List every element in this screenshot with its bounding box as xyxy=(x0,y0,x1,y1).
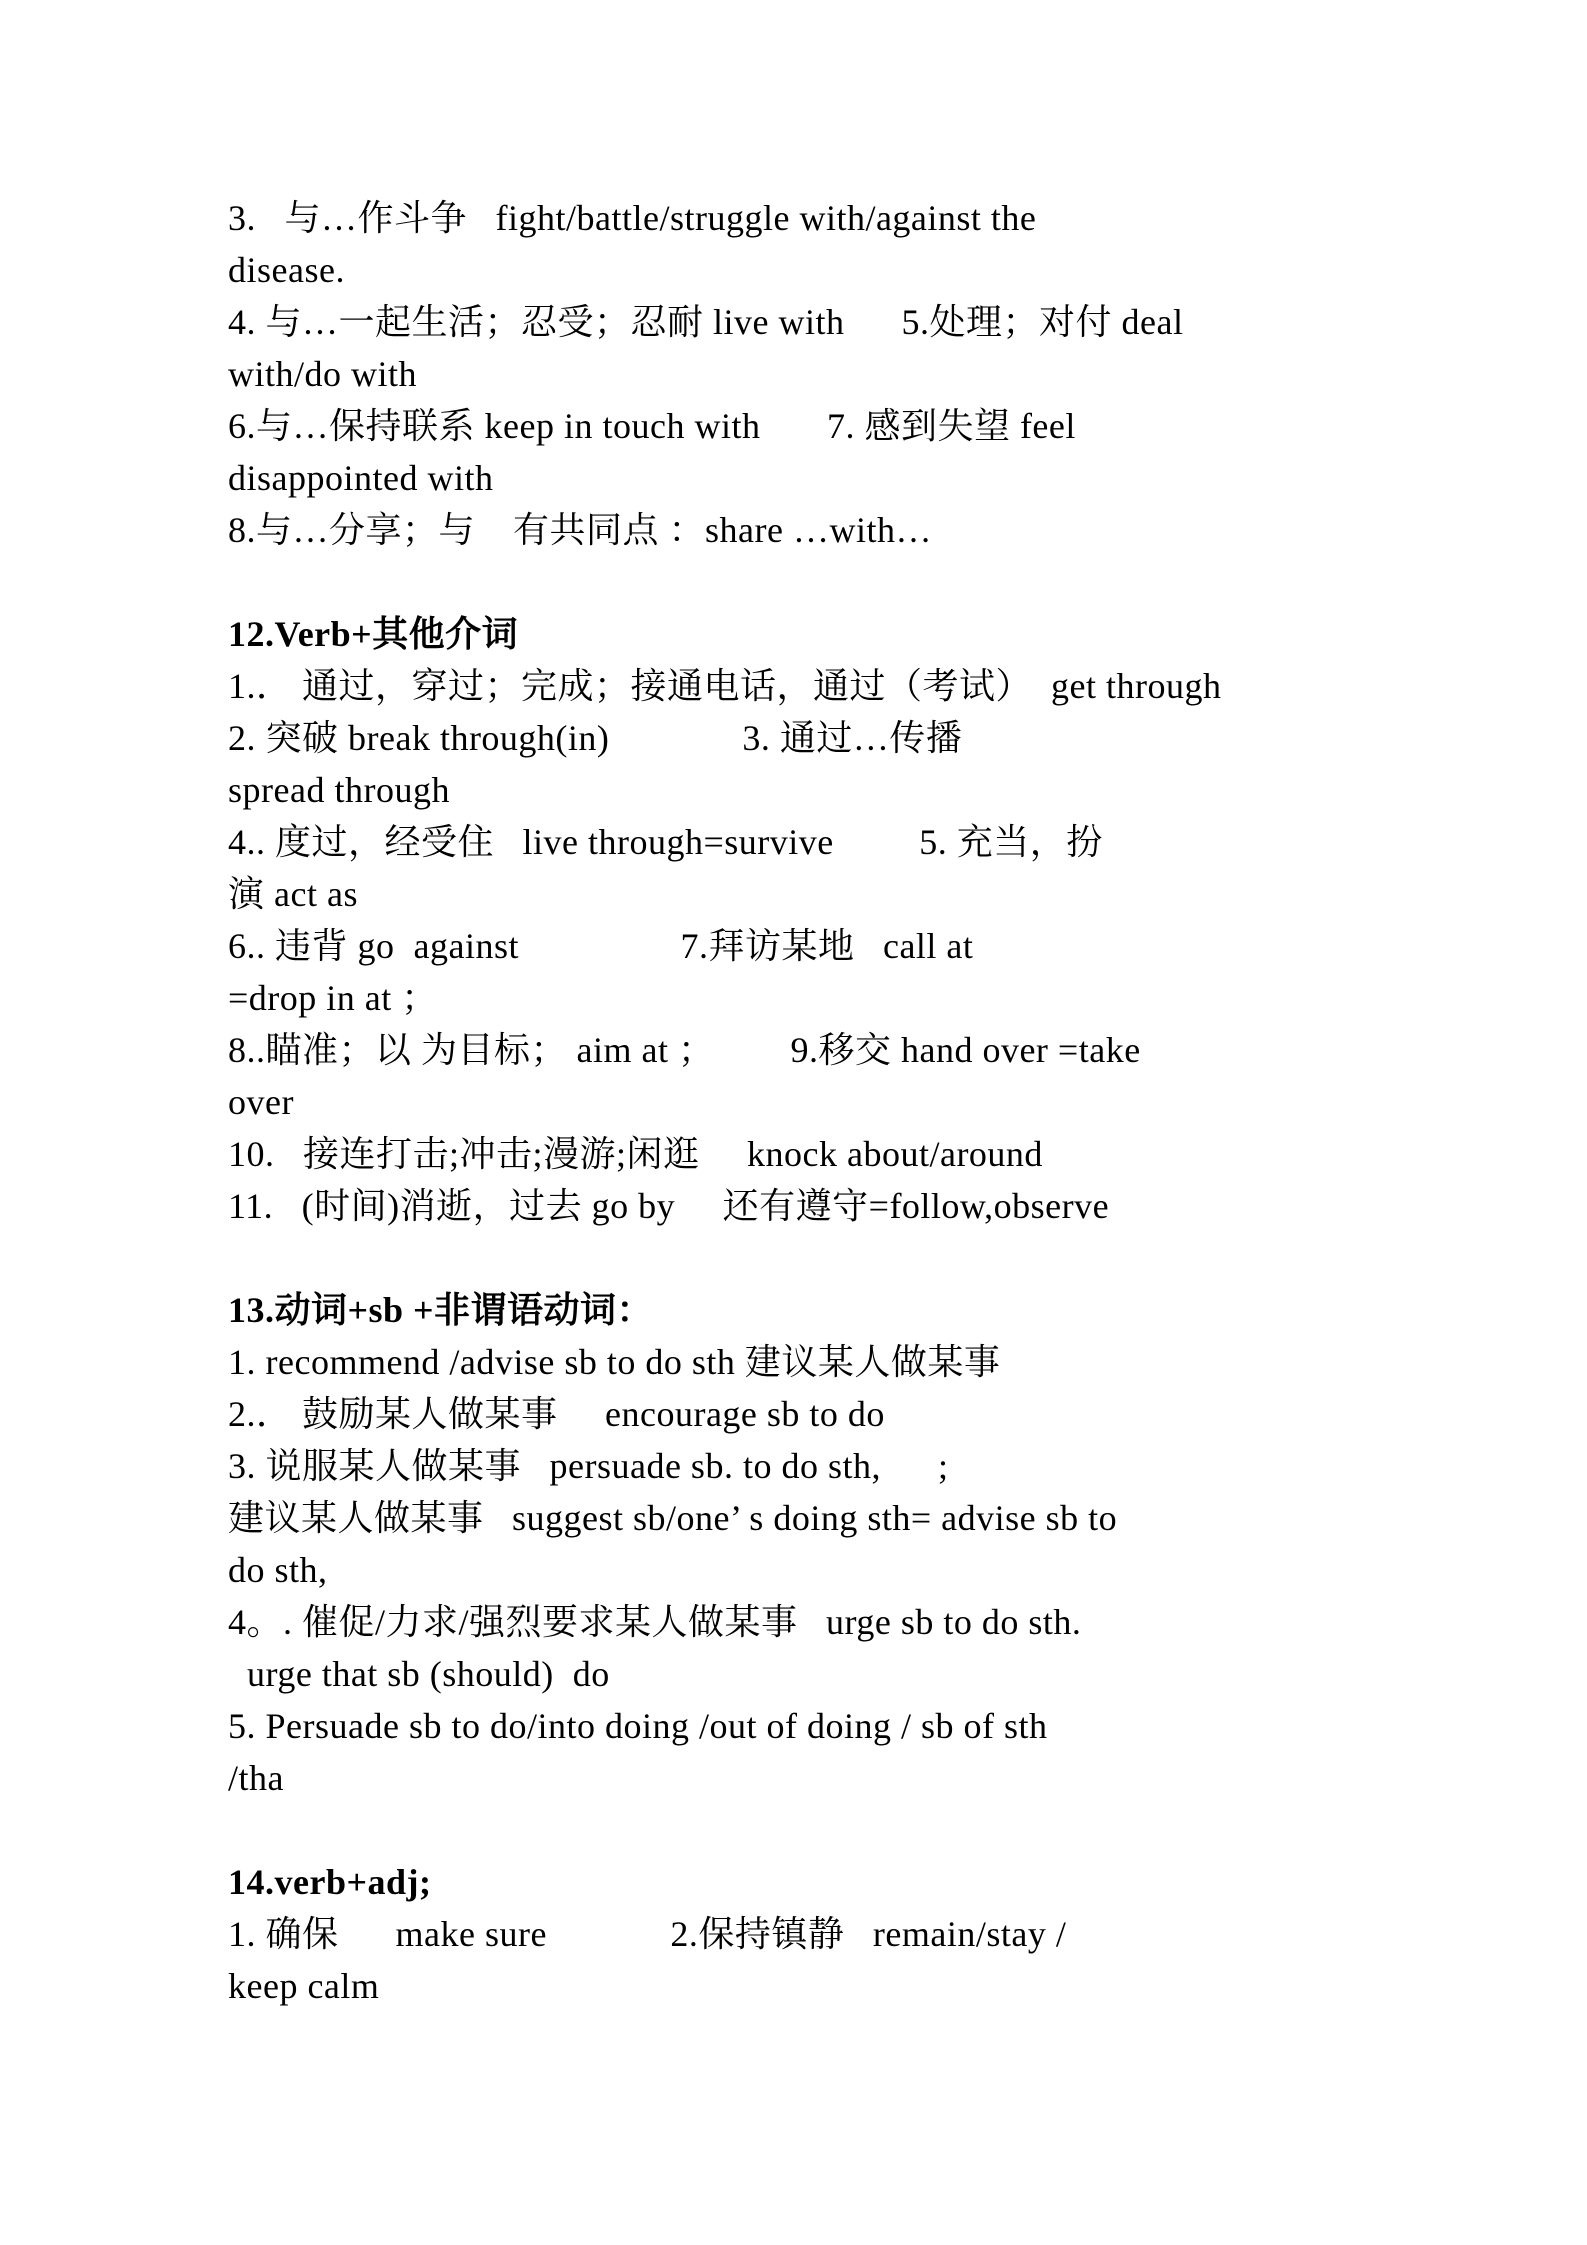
text-line: 2. 突破 break through(in) 3. 通过…传播 xyxy=(228,712,1368,764)
section-12-verb-other-prepositions: 12.Verb+其他介词1.． 通过，穿过；完成；接通电话，通过（考试） get… xyxy=(228,608,1368,1232)
text-line: 4。. 催促/力求/强烈要求某人做某事 urge sb to do sth. xyxy=(228,1596,1368,1648)
text-line: disappointed with xyxy=(228,452,1368,504)
text-line: keep calm xyxy=(228,1960,1368,2012)
text-line: 1.． 通过，穿过；完成；接通电话，通过（考试） get through xyxy=(228,660,1368,712)
section-heading: 14.verb+adj; xyxy=(228,1856,1368,1908)
text-line: 演 act as xyxy=(228,868,1368,920)
text-line: 建议某人做某事 suggest sb/one’ s doing sth= adv… xyxy=(228,1492,1368,1544)
text-line: urge that sb (should) do xyxy=(228,1648,1368,1700)
text-line: 1. recommend /advise sb to do sth 建议某人做某… xyxy=(228,1336,1368,1388)
text-line: =drop in at ； xyxy=(228,972,1368,1024)
text-line: 8..瞄准；以 为目标； aim at ； 9.移交 hand over =ta… xyxy=(228,1024,1368,1076)
text-line: 6.. 违背 go against 7.拜访某地 call at xyxy=(228,920,1368,972)
text-line: 4. 与…一起生活；忍受；忍耐 live with 5.处理；对付 deal xyxy=(228,296,1368,348)
text-line: spread through xyxy=(228,764,1368,816)
text-line: over xyxy=(228,1076,1368,1128)
document-page: 3. 与…作斗争 fight/battle/struggle with/agai… xyxy=(0,0,1587,2245)
text-line: 11. (时间)消逝，过去 go by 还有遵守=follow,observe xyxy=(228,1180,1368,1232)
text-line: 8.与…分享；与 有共同点 ：share …with… xyxy=(228,504,1368,556)
text-content: 3. 与…作斗争 fight/battle/struggle with/agai… xyxy=(228,192,1368,2012)
text-line: 3. 与…作斗争 fight/battle/struggle with/agai… xyxy=(228,192,1368,244)
text-line: with/do with xyxy=(228,348,1368,400)
section-heading: 12.Verb+其他介词 xyxy=(228,608,1368,660)
text-line: disease. xyxy=(228,244,1368,296)
section-heading: 13.动词+sb +非谓语动词： xyxy=(228,1284,1368,1336)
text-line: do sth, xyxy=(228,1544,1368,1596)
text-line: 4.. 度过，经受住 live through=survive 5. 充当，扮 xyxy=(228,816,1368,868)
text-line: 5. Persuade sb to do/into doing /out of … xyxy=(228,1700,1368,1752)
section-verb-with-items: 3. 与…作斗争 fight/battle/struggle with/agai… xyxy=(228,192,1368,556)
text-line: 1. 确保 make sure 2.保持镇静 remain/stay / xyxy=(228,1908,1368,1960)
section-13-verb-sb-nonfinite: 13.动词+sb +非谓语动词：1. recommend /advise sb … xyxy=(228,1284,1368,1804)
text-line: 3. 说服某人做某事 persuade sb. to do sth, ; xyxy=(228,1440,1368,1492)
text-line: 2.． 鼓励某人做某事 encourage sb to do xyxy=(228,1388,1368,1440)
text-line: 10. 接连打击;冲击;漫游;闲逛 knock about/around xyxy=(228,1128,1368,1180)
text-line: 6.与…保持联系 keep in touch with 7. 感到失望 feel xyxy=(228,400,1368,452)
text-line: /tha xyxy=(228,1752,1368,1804)
section-14-verb-adj: 14.verb+adj;1. 确保 make sure 2.保持镇静 remai… xyxy=(228,1856,1368,2012)
